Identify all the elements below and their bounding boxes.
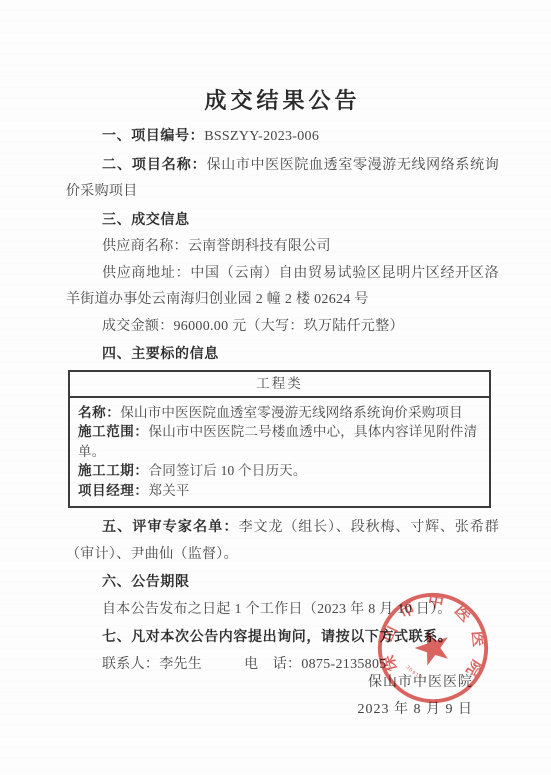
project-number-label: 一、项目编号： (102, 127, 204, 143)
project-number-line: 一、项目编号：BSSZYY-2023-006 (66, 122, 499, 151)
supplier-address-label: 供应商地址： (102, 266, 190, 281)
supplier-address-line: 供应商地址：中国（云南）自由贸易试验区昆明片区经开区洛羊街道办事处云南海归创业园… (66, 261, 499, 314)
table-row: 项目经理：郑关平 (78, 481, 481, 501)
project-name-label: 二、项目名称： (102, 156, 207, 172)
period-body-line: 自本公告发布之日起 1 个工作日（2023 年 8 月 10 日）。 (66, 597, 499, 624)
table-row: 施工范围：保山市中医医院二号楼血透中心，具体内容详见附件清单。 (78, 422, 481, 461)
project-name-line: 二、项目名称：保山市中医医院血透室零漫游无线网络系统询价采购项目 (66, 151, 499, 206)
experts-label: 五、评审专家名单： (102, 518, 239, 534)
table-header-project-type: 工程类 (70, 372, 489, 398)
subject-heading: 四、主要标的信息 (66, 340, 499, 369)
deal-amount-label: 成交金额： (102, 319, 174, 334)
signature-date: 2023 年 8 月 9 日 (66, 697, 473, 724)
supplier-name-value: 云南誉朗科技有限公司 (188, 239, 331, 254)
period-heading: 六、公告期限 (66, 568, 499, 597)
supplier-name-label: 供应商名称： (102, 239, 188, 254)
subject-info-table: 工程类 名称：保山市中医医院血透室零漫游无线网络系统询价采购项目 施工范围：保山… (68, 370, 491, 509)
deal-amount-value: 96000.00 元（大写：玖万陆仟元整） (174, 319, 404, 334)
phone-label: 电 话： (244, 657, 301, 672)
table-row: 施工工期：合同签订后 10 个日历天。 (78, 461, 481, 481)
contact-heading: 七、凡对本次公告内容提出询问，请按以下方式联系。 (66, 623, 499, 652)
table-body: 名称：保山市中医医院血透室零漫游无线网络系统询价采购项目 施工范围：保山市中医医… (70, 398, 489, 507)
page-title: 成交结果公告 (66, 86, 499, 116)
document-content: 成交结果公告 一、项目编号：BSSZYY-2023-006 二、项目名称：保山市… (66, 0, 499, 723)
deal-info-heading: 三、成交信息 (66, 206, 499, 235)
deal-amount-line: 成交金额：96000.00 元（大写：玖万陆仟元整） (66, 314, 499, 341)
project-number-value: BSSZYY-2023-006 (204, 129, 319, 144)
table-row: 名称：保山市中医医院血透室零漫游无线网络系统询价采购项目 (78, 403, 481, 423)
experts-line: 五、评审专家名单：李文龙（组长）、段秋梅、寸辉、张希群（审计）、尹曲仙（监督）。 (66, 513, 499, 568)
scanned-announcement-page: 成交结果公告 一、项目编号：BSSZYY-2023-006 二、项目名称：保山市… (0, 0, 551, 775)
contact-name: 李先生 (159, 657, 202, 672)
supplier-name-line: 供应商名称：云南誉朗科技有限公司 (66, 234, 499, 261)
contact-label: 联系人： (102, 657, 159, 672)
